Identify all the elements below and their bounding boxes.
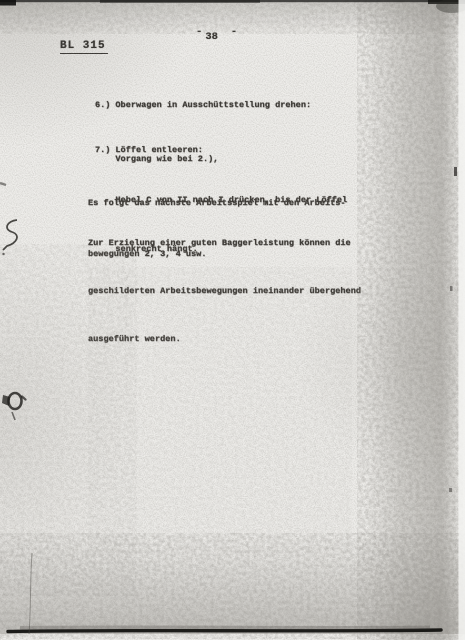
text-line: ausgeführt werden. bbox=[88, 331, 361, 347]
paragraph-2-line-2: geschilderten Arbeitsbewegungen ineinand… bbox=[88, 286, 361, 296]
scan-edge-top bbox=[0, 0, 465, 13]
document-ref-label: BL 315 bbox=[60, 40, 108, 54]
scanned-document-page: BL 315 -38- 6.)Oberwagen in Ausschüttste… bbox=[0, 0, 465, 640]
ink-blot-mark bbox=[2, 393, 26, 420]
scan-shading-bottom bbox=[0, 540, 465, 634]
page-number-value: 38 bbox=[205, 31, 218, 43]
scan-edge-bottom bbox=[8, 628, 441, 632]
grain-right-band bbox=[362, 0, 458, 640]
paragraph-2-line-3: ausgeführt werden. bbox=[88, 334, 181, 344]
page-number-dash-right: - bbox=[231, 26, 237, 38]
paper-crease bbox=[29, 553, 32, 634]
text-line: Zur Erzielung einer guten Baggerleistung… bbox=[88, 235, 361, 251]
right-white-strip bbox=[459, 0, 465, 640]
page-number-dash-left: - bbox=[196, 26, 202, 38]
ink-squiggle-mark bbox=[0, 183, 17, 255]
right-edge-specks bbox=[449, 167, 457, 492]
grain-bottom-band bbox=[0, 538, 465, 634]
item-7-line-1: Löffel entleeren: bbox=[115, 145, 203, 155]
text-line: geschilderten Arbeitsbewegungen ineinand… bbox=[88, 283, 361, 299]
item-7-number: 7.) bbox=[95, 142, 115, 159]
scan-shading-right bbox=[366, 0, 458, 640]
text-line: 7.)Löffel entleeren: bbox=[95, 142, 347, 159]
paragraph-2-line-1: Zur Erzielung einer guten Baggerleistung… bbox=[88, 238, 351, 248]
page-number: -38- bbox=[196, 31, 237, 43]
paragraph-2: Zur Erzielung einer guten Baggerleistung… bbox=[88, 203, 361, 379]
